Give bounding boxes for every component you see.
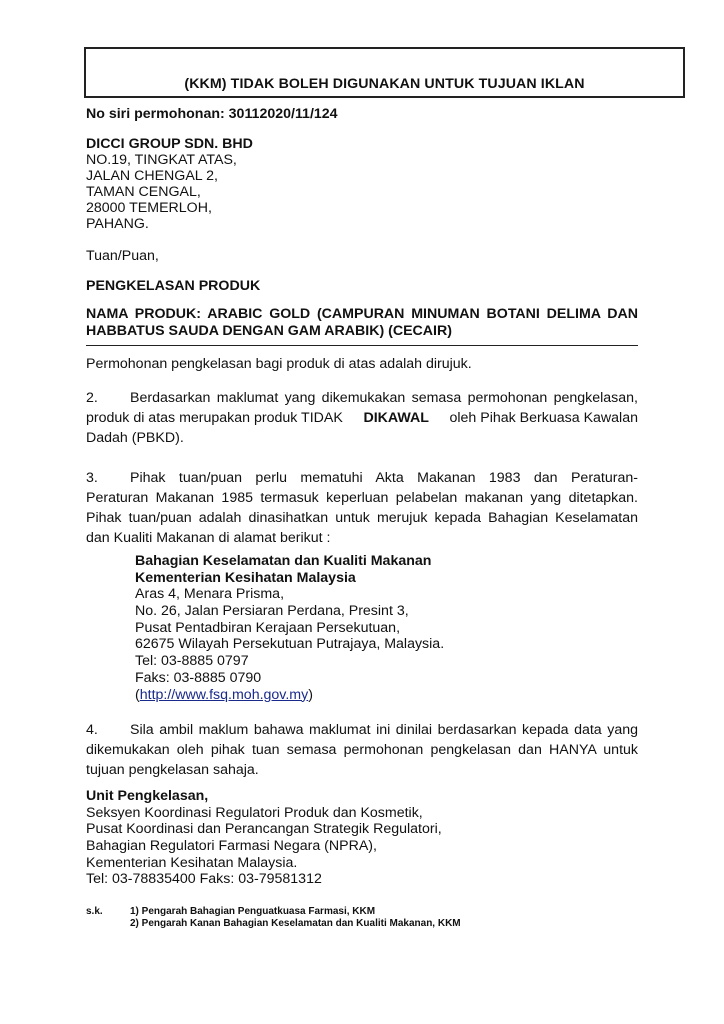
product-name-line: HABBATUS SAUDA DENGAN GAM ARABIK) (CECAI… — [86, 323, 638, 340]
paragraph-4-line: dikemukakan oleh pihak tuan semasa permo… — [86, 740, 638, 760]
paragraph-2-line: 2.Berdasarkan maklumat yang dikemukakan … — [86, 388, 638, 408]
address-line: Aras 4, Menara Prisma, — [135, 586, 444, 603]
paragraph-1: Permohonan pengkelasan bagi produk di at… — [86, 356, 472, 372]
recipient-address-line: 28000 TEMERLOH, — [86, 200, 212, 216]
address-fax: Faks: 03-8885 0790 — [135, 670, 444, 687]
paragraph-number: 2. — [86, 388, 130, 408]
advertising-notice-text: (KKM) TIDAK BOLEH DIGUNAKAN UNTUK TUJUAN… — [86, 76, 683, 92]
address-website: (http://www.fsq.moh.gov.my) — [135, 687, 444, 704]
paragraph-number: 4. — [86, 720, 130, 740]
paragraph-3-line: Pihak tuan/puan adalah dinasihatkan untu… — [86, 508, 638, 528]
food-safety-address: Bahagian Keselamatan dan Kualiti Makanan… — [135, 553, 444, 703]
address-line: No. 26, Jalan Persiaran Perdana, Presint… — [135, 603, 444, 620]
recipient-company: DICCI GROUP SDN. BHD — [86, 136, 253, 152]
address-division: Bahagian Keselamatan dan Kualiti Makanan — [135, 553, 444, 570]
subject-divider — [86, 345, 638, 346]
paragraph-3-line: 3.Pihak tuan/puan perlu mematuhi Akta Ma… — [86, 468, 638, 488]
signature-line: Bahagian Regulatori Farmasi Negara (NPRA… — [86, 838, 442, 855]
advertising-notice-box: (KKM) TIDAK BOLEH DIGUNAKAN UNTUK TUJUAN… — [84, 47, 685, 98]
address-ministry: Kementerian Kesihatan Malaysia — [135, 570, 444, 587]
address-line: 62675 Wilayah Persekutuan Putrajaya, Mal… — [135, 636, 444, 653]
recipient-address-line: NO.19, TINGKAT ATAS, — [86, 152, 237, 168]
signature-line: Seksyen Koordinasi Regulatori Produk dan… — [86, 805, 442, 822]
fsq-website-link[interactable]: http://www.fsq.moh.gov.my — [140, 687, 308, 703]
signature-block: Unit Pengkelasan, Seksyen Koordinasi Reg… — [86, 788, 442, 888]
paragraph-3-line: Peraturan Makanan 1985 termasuk keperlua… — [86, 488, 638, 508]
subject-heading: PENGKELASAN PRODUK — [86, 278, 260, 294]
address-line: Pusat Pentadbiran Kerajaan Persekutuan, — [135, 620, 444, 637]
signature-unit: Unit Pengkelasan, — [86, 788, 442, 805]
paragraph-4-line: 4.Sila ambil maklum bahawa maklumat ini … — [86, 720, 638, 740]
paragraph-3: 3.Pihak tuan/puan perlu mematuhi Akta Ma… — [86, 468, 638, 548]
paragraph-2: 2.Berdasarkan maklumat yang dikemukakan … — [86, 388, 638, 448]
paragraph-number: 3. — [86, 468, 130, 488]
product-name-line: NAMA PRODUK: ARABIC GOLD (CAMPURAN MINUM… — [86, 306, 638, 323]
copies-item: 2) Pengarah Kanan Bahagian Keselamatan d… — [130, 918, 461, 930]
address-phone: Tel: 03-8885 0797 — [135, 653, 444, 670]
paragraph-4-line: tujuan pengkelasan sahaja. — [86, 760, 638, 780]
signature-contact: Tel: 03-78835400 Faks: 03-79581312 — [86, 871, 442, 888]
controlled-status: DIKAWAL — [363, 408, 428, 428]
copies-item: 1) Pengarah Bahagian Penguatkuasa Farmas… — [130, 906, 375, 918]
paragraph-3-line: dan Kualiti Makanan di alamat berikut : — [86, 528, 638, 548]
recipient-address-line: TAMAN CENGAL, — [86, 184, 201, 200]
paragraph-2-line: produk di atas merupakan produk TIDAK DI… — [86, 408, 638, 428]
salutation: Tuan/Puan, — [86, 248, 159, 264]
paragraph-4: 4.Sila ambil maklum bahawa maklumat ini … — [86, 720, 638, 780]
application-serial-number: No siri permohonan: 30112020/11/124 — [86, 106, 338, 122]
signature-line: Kementerian Kesihatan Malaysia. — [86, 855, 442, 872]
copies-label: s.k. — [86, 906, 103, 918]
product-name: NAMA PRODUK: ARABIC GOLD (CAMPURAN MINUM… — [86, 306, 638, 340]
letter-page: (KKM) TIDAK BOLEH DIGUNAKAN UNTUK TUJUAN… — [0, 0, 724, 1024]
signature-line: Pusat Koordinasi dan Perancangan Strateg… — [86, 821, 442, 838]
recipient-address-line: JALAN CHENGAL 2, — [86, 168, 218, 184]
recipient-address-line: PAHANG. — [86, 216, 149, 232]
paragraph-2-line: Dadah (PBKD). — [86, 428, 638, 448]
